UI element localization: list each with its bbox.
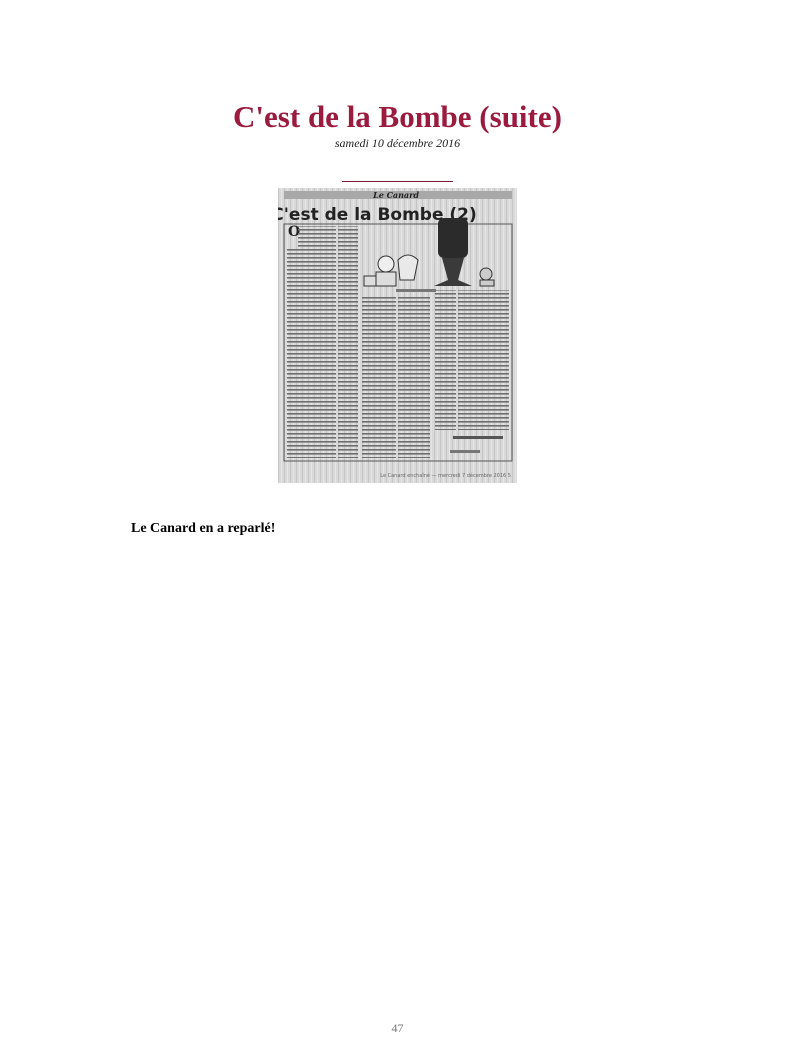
svg-text:Le Canard enchaîné — mercredi: Le Canard enchaîné — mercredi 7 décembre… [380, 472, 511, 479]
title-divider [342, 181, 453, 182]
newspaper-clipping-image: Le Canard C'est de la Bombe (2) O Le Can… [278, 188, 517, 483]
post-date: samedi 10 décembre 2016 [0, 135, 795, 151]
page-title: C'est de la Bombe (suite) [0, 98, 795, 136]
page-number: 47 [0, 1020, 795, 1036]
caption-text: Le Canard en a reparlé! [131, 520, 275, 538]
svg-text:Le Canard: Le Canard [372, 190, 419, 200]
